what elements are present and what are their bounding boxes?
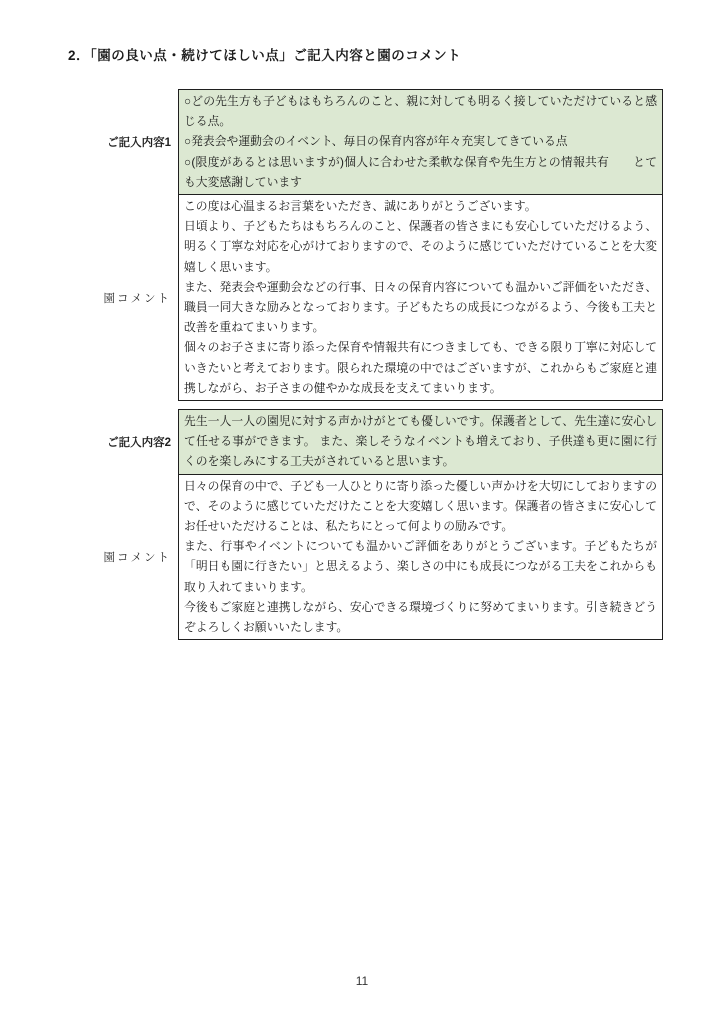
entry-1-label: ご記入内容1 bbox=[0, 89, 178, 195]
section-1: ご記入内容1 ○どの先生方も子どもはもちろんのこと、親に対しても明るく接していた… bbox=[0, 89, 663, 401]
comment-2-text-cell: 日々の保育の中で、子ども一人ひとりに寄り添った優しい声かけを大切にしておりますの… bbox=[178, 475, 663, 641]
comment-1-text-cell: この度は心温まるお言葉をいただき、誠にありがとうございます。 日頃より、子どもた… bbox=[178, 195, 663, 401]
page-number: 11 bbox=[0, 974, 724, 988]
comment-2-label: 園コメント bbox=[0, 475, 178, 641]
document-page: 2．「園の良い点・続けてほしい点」ご記入内容と園のコメント ご記入内容1 ○どの… bbox=[0, 0, 724, 1024]
section-2: ご記入内容2 先生一人一人の園児に対する声かけがとても優しいです。保護者として、… bbox=[0, 409, 663, 640]
comment-1-label: 園コメント bbox=[0, 195, 178, 401]
page-title: 2．「園の良い点・続けてほしい点」ご記入内容と園のコメント bbox=[68, 44, 461, 64]
entry-2-text-cell: 先生一人一人の園児に対する声かけがとても優しいです。保護者として、先生達に安心し… bbox=[178, 409, 663, 475]
entry-1-text-cell: ○どの先生方も子どもはもちろんのこと、親に対しても明るく接していただけていると感… bbox=[178, 89, 663, 195]
entry-2-label: ご記入内容2 bbox=[0, 409, 178, 475]
